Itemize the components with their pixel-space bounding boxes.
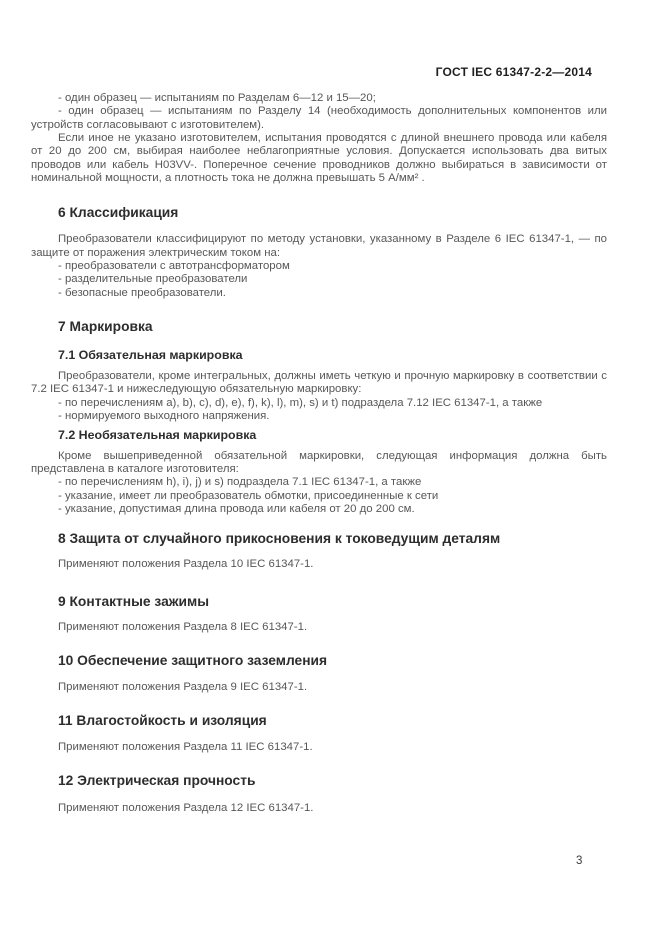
- section-12: 12 Электрическая прочность Применяют пол…: [31, 772, 607, 815]
- section-7-1-paragraph: Преобразователи, кроме интегральных, дол…: [31, 370, 607, 397]
- intro-paragraph: Если иное не указано изготовителем, испы…: [31, 132, 607, 185]
- list-item: - разделительные преобразователи: [31, 273, 607, 286]
- list-item: - указание, имеет ли преобразователь обм…: [31, 490, 607, 503]
- list-item: - безопасные преобразователи.: [31, 287, 607, 300]
- list-item: - один образец — испытаниям по Разделам …: [31, 92, 607, 105]
- intro-block: - один образец — испытаниям по Разделам …: [31, 92, 607, 185]
- section-7-2-paragraph: Кроме вышеприведенной обязательной марки…: [31, 450, 607, 477]
- section-10: 10 Обеспечение защитного заземления Прим…: [31, 652, 607, 694]
- section-11: 11 Влагостойкость и изоляция Применяют п…: [31, 712, 607, 754]
- list-item: - по перечислениям a), b), c), d), e), f…: [31, 397, 607, 410]
- section-6-title: 6 Классификация: [31, 204, 607, 221]
- section-7-1: 7.1 Обязательная маркировка Преобразоват…: [31, 348, 607, 423]
- section-12-paragraph: Применяют положения Раздела 12 IEC 61347…: [31, 802, 607, 815]
- section-8-title: 8 Защита от случайного прикосновения к т…: [31, 530, 607, 547]
- section-11-title: 11 Влагостойкость и изоляция: [31, 712, 607, 729]
- page-number: 3: [576, 855, 582, 867]
- section-7-1-title: 7.1 Обязательная маркировка: [31, 348, 607, 363]
- section-9: 9 Контактные зажимы Применяют положения …: [31, 593, 607, 634]
- section-8-paragraph: Применяют положения Раздела 10 IEC 61347…: [31, 558, 607, 571]
- list-item: - нормируемого выходного напряжения.: [31, 410, 607, 423]
- list-item: - указание, допустимая длина провода или…: [31, 503, 607, 516]
- section-7-title: 7 Маркировка: [31, 318, 607, 335]
- doc-code-header: ГОСТ IEC 61347-2-2—2014: [31, 66, 592, 79]
- section-9-paragraph: Применяют положения Раздела 8 IEC 61347-…: [31, 621, 607, 634]
- document-page: ГОСТ IEC 61347-2-2—2014 - один образец —…: [0, 0, 661, 936]
- section-10-title: 10 Обеспечение защитного заземления: [31, 652, 607, 669]
- section-9-title: 9 Контактные зажимы: [31, 593, 607, 610]
- section-8: 8 Защита от случайного прикосновения к т…: [31, 530, 607, 571]
- list-item: - преобразователи с автотрансформатором: [31, 260, 607, 273]
- section-7: 7 Маркировка 7.1 Обязательная маркировка…: [31, 318, 607, 516]
- section-11-paragraph: Применяют положения Раздела 11 IEC 61347…: [31, 741, 607, 754]
- section-6-paragraph: Преобразователи классифицируют по методу…: [31, 233, 607, 260]
- section-12-title: 12 Электрическая прочность: [31, 772, 607, 789]
- list-item: - по перечислениям h), i), j) и s) подра…: [31, 476, 607, 489]
- section-7-2: 7.2 Необязательная маркировка Кроме выше…: [31, 428, 607, 517]
- section-7-2-title: 7.2 Необязательная маркировка: [31, 428, 607, 443]
- section-10-paragraph: Применяют положения Раздела 9 IEC 61347-…: [31, 681, 607, 694]
- section-6: 6 Классификация Преобразователи классифи…: [31, 204, 607, 300]
- list-item: - один образец — испытаниям по Разделу 1…: [31, 105, 607, 132]
